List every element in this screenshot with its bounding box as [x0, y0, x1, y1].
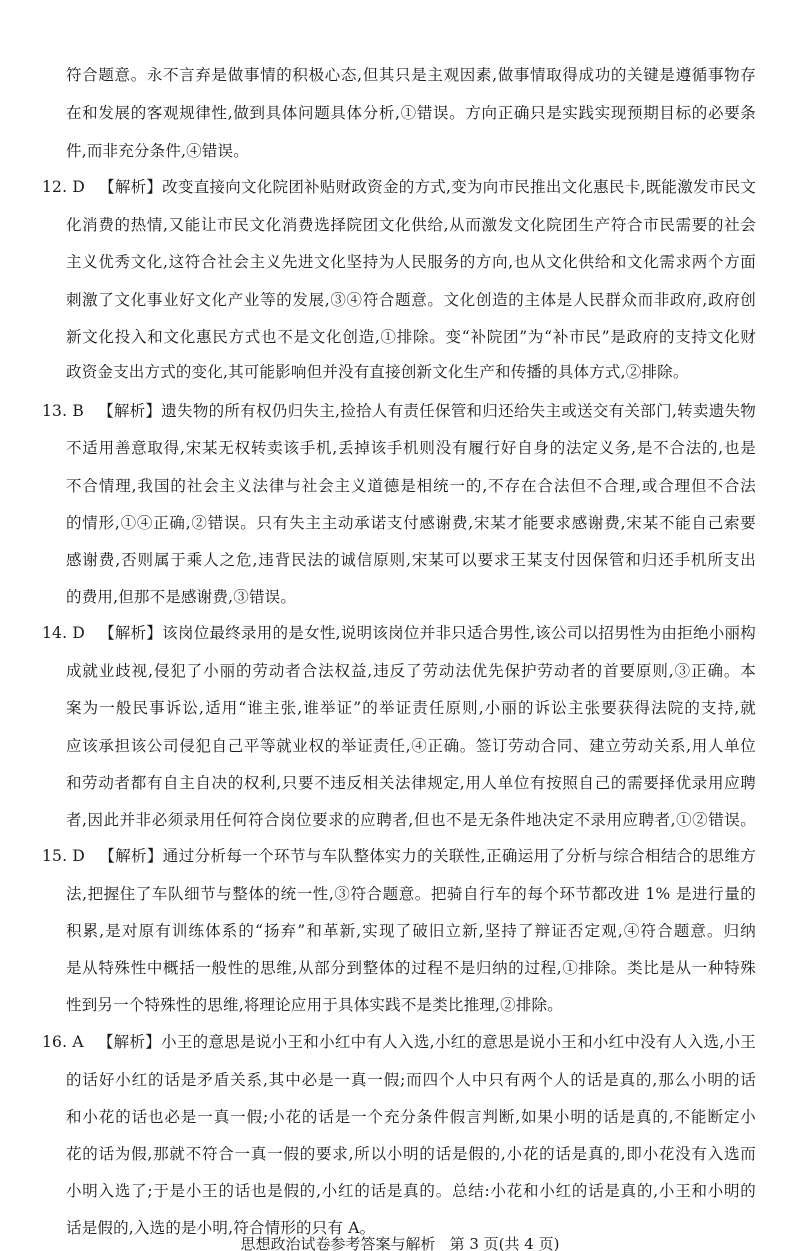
answer-number: 14. D [42, 623, 85, 643]
text-line: 和小花的话也必是一真一假;小花的话是一个充分条件假言判断,如果小明的话是真的,不… [66, 1107, 756, 1127]
answer-number: 12. D [42, 177, 85, 197]
answer-text: 该岗位最终录用的是女性,说明该岗位并非只适合男性,该公司以招男性为由拒绝小丽构 [162, 624, 756, 642]
text-line: 积累,是对原有训练体系的“扬弃”和革新,实现了破旧立新,坚持了辩证否定观,④符合… [66, 921, 756, 941]
text-line: 的话好小红的话是矛盾关系,其中必是一真一假;而四个人中只有两个人的话是真的,那么… [66, 1070, 756, 1090]
text-line: 不适用善意取得,宋某无权转卖该手机,丢掉该手机则没有履行好自身的法定义务,是不合… [66, 438, 756, 458]
page-footer: 思想政治试卷参考答案与解析第 3 页(共 4 页) [0, 1234, 800, 1251]
text-line: 和劳动者都有自主自决的权利,只要不违反相关法律规定,用人单位有按照自己的需要择优… [66, 773, 756, 793]
answer-text: 遗失物的所有权仍归失主,捡拾人有责任保管和归还给失主或送交有关部门,转卖遗失物 [161, 402, 756, 420]
analysis-tag: 【解析】 [98, 1033, 161, 1051]
analysis-tag: 【解析】 [99, 624, 162, 642]
text-line: 花的话为假,那就不符合一真一假的要求,所以小明的话是假的,小花的话是真的,即小花… [66, 1144, 756, 1164]
text-line: 化消费的热情,又能让市民文化消费选择院团文化供给,从而激发文化院团生产符合市民需… [66, 215, 756, 235]
answer-first-line: 14. D【解析】该岗位最终录用的是女性,说明该岗位并非只适合男性,该公司以招男… [42, 623, 756, 643]
answer-first-line: 12. D【解析】改变直接向文化院团补贴财政资金的方式,变为向市民推出文化惠民卡… [42, 177, 756, 197]
text-line: 者,因此并非必须录用任何符合岗位要求的应聘者,但也不是无条件地决定不录用应聘者,… [66, 810, 756, 830]
text-line: 法,把握住了车队细节与整体的统一性,③符合题意。把骑自行车的每个环节都改进 1%… [66, 884, 756, 904]
document-page: 符合题意。永不言弃是做事情的积极心态,但其只是主观因素,做事情取得成功的关键是遵… [0, 0, 800, 1251]
answer-first-line: 13. B【解析】遗失物的所有权仍归失主,捡拾人有责任保管和归还给失主或送交有关… [42, 401, 756, 421]
text-line: 符合题意。永不言弃是做事情的积极心态,但其只是主观因素,做事情取得成功的关键是遵… [66, 65, 756, 85]
answer-text: 通过分析每一个环节与车队整体实力的关联性,正确运用了分析与综合相结合的思维方 [163, 847, 756, 865]
answer-number: 16. A [42, 1032, 84, 1052]
text-line: 感谢费,否则属于乘人之危,违背民法的诚信原则,宋某可以要求王某支付因保管和归还手… [66, 550, 756, 570]
text-line: 件,而非充分条件,④错误。 [66, 141, 756, 161]
text-line: 成就业歧视,侵犯了小丽的劳动者合法权益,违反了劳动法优先保护劳动者的首要原则,③… [66, 661, 756, 681]
text-line: 性到另一个特殊性的思维,将理论应用于具体实践不是类比推理,②排除。 [66, 995, 756, 1015]
text-line: 应该承担该公司侵犯自己平等就业权的举证责任,④正确。签订劳动合同、建立劳动关系,… [66, 736, 756, 756]
answer-first-line: 16. A【解析】小王的意思是说小王和小红中有人入选,小红的意思是说小王和小红中… [42, 1032, 756, 1052]
text-line: 在和发展的客观规律性,做到具体问题具体分析,①错误。方向正确只是实践实现预期目标… [66, 103, 756, 123]
footer-title: 思想政治试卷参考答案与解析 [241, 1235, 436, 1251]
text-line: 政资金支出方式的变化,其可能影响但并没有直接创新文化生产和传播的具体方式,②排除… [66, 362, 756, 382]
answer-first-line: 15. D【解析】通过分析每一个环节与车队整体实力的关联性,正确运用了分析与综合… [42, 846, 756, 866]
text-line: 新文化投入和文化惠民方式也不是文化创造,①排除。变“补院团”为“补市民”是政府的… [66, 327, 756, 347]
analysis-tag: 【解析】 [98, 402, 161, 420]
text-line: 小明入选了;于是小王的话也是假的,小红的话是真的。总结:小花和小红的话是真的,小… [66, 1181, 756, 1201]
text-line: 是从特殊性中概括一般性的思维,从部分到整体的过程不是归纳的过程,①排除。类比是从… [66, 958, 756, 978]
answer-text: 改变直接向文化院团补贴财政资金的方式,变为向市民推出文化惠民卡,既能激发市民文 [162, 178, 756, 196]
analysis-tag: 【解析】 [99, 847, 163, 865]
text-line: 的费用,但那不是感谢费,③错误。 [66, 587, 756, 607]
page-number: 第 3 页(共 4 页) [450, 1235, 560, 1251]
answer-text: 小王的意思是说小王和小红中有人入选,小红的意思是说小王和小红中没有人入选,小王 [161, 1033, 756, 1051]
answer-number: 13. B [42, 401, 84, 421]
text-line: 案为一般民事诉讼,适用“谁主张,谁举证”的举证责任原则,小丽的诉讼主张要获得法院… [66, 698, 756, 718]
analysis-tag: 【解析】 [99, 178, 162, 196]
text-line: 的情形,①④正确,②错误。只有失主主动承诺支付感谢费,宋某才能要求感谢费,宋某不… [66, 513, 756, 533]
text-line: 不合情理,我国的社会主义法律与社会主义道德是相统一的,不存在合法但不合理,或合理… [66, 476, 756, 496]
text-line: 刺激了文化事业好文化产业等的发展,③④符合题意。文化创造的主体是人民群众而非政府… [66, 290, 756, 310]
answer-number: 15. D [42, 846, 85, 866]
text-line: 主义优秀文化,这符合社会主义先进文化坚持为人民服务的方向,也从文化供给和文化需求… [66, 252, 756, 272]
